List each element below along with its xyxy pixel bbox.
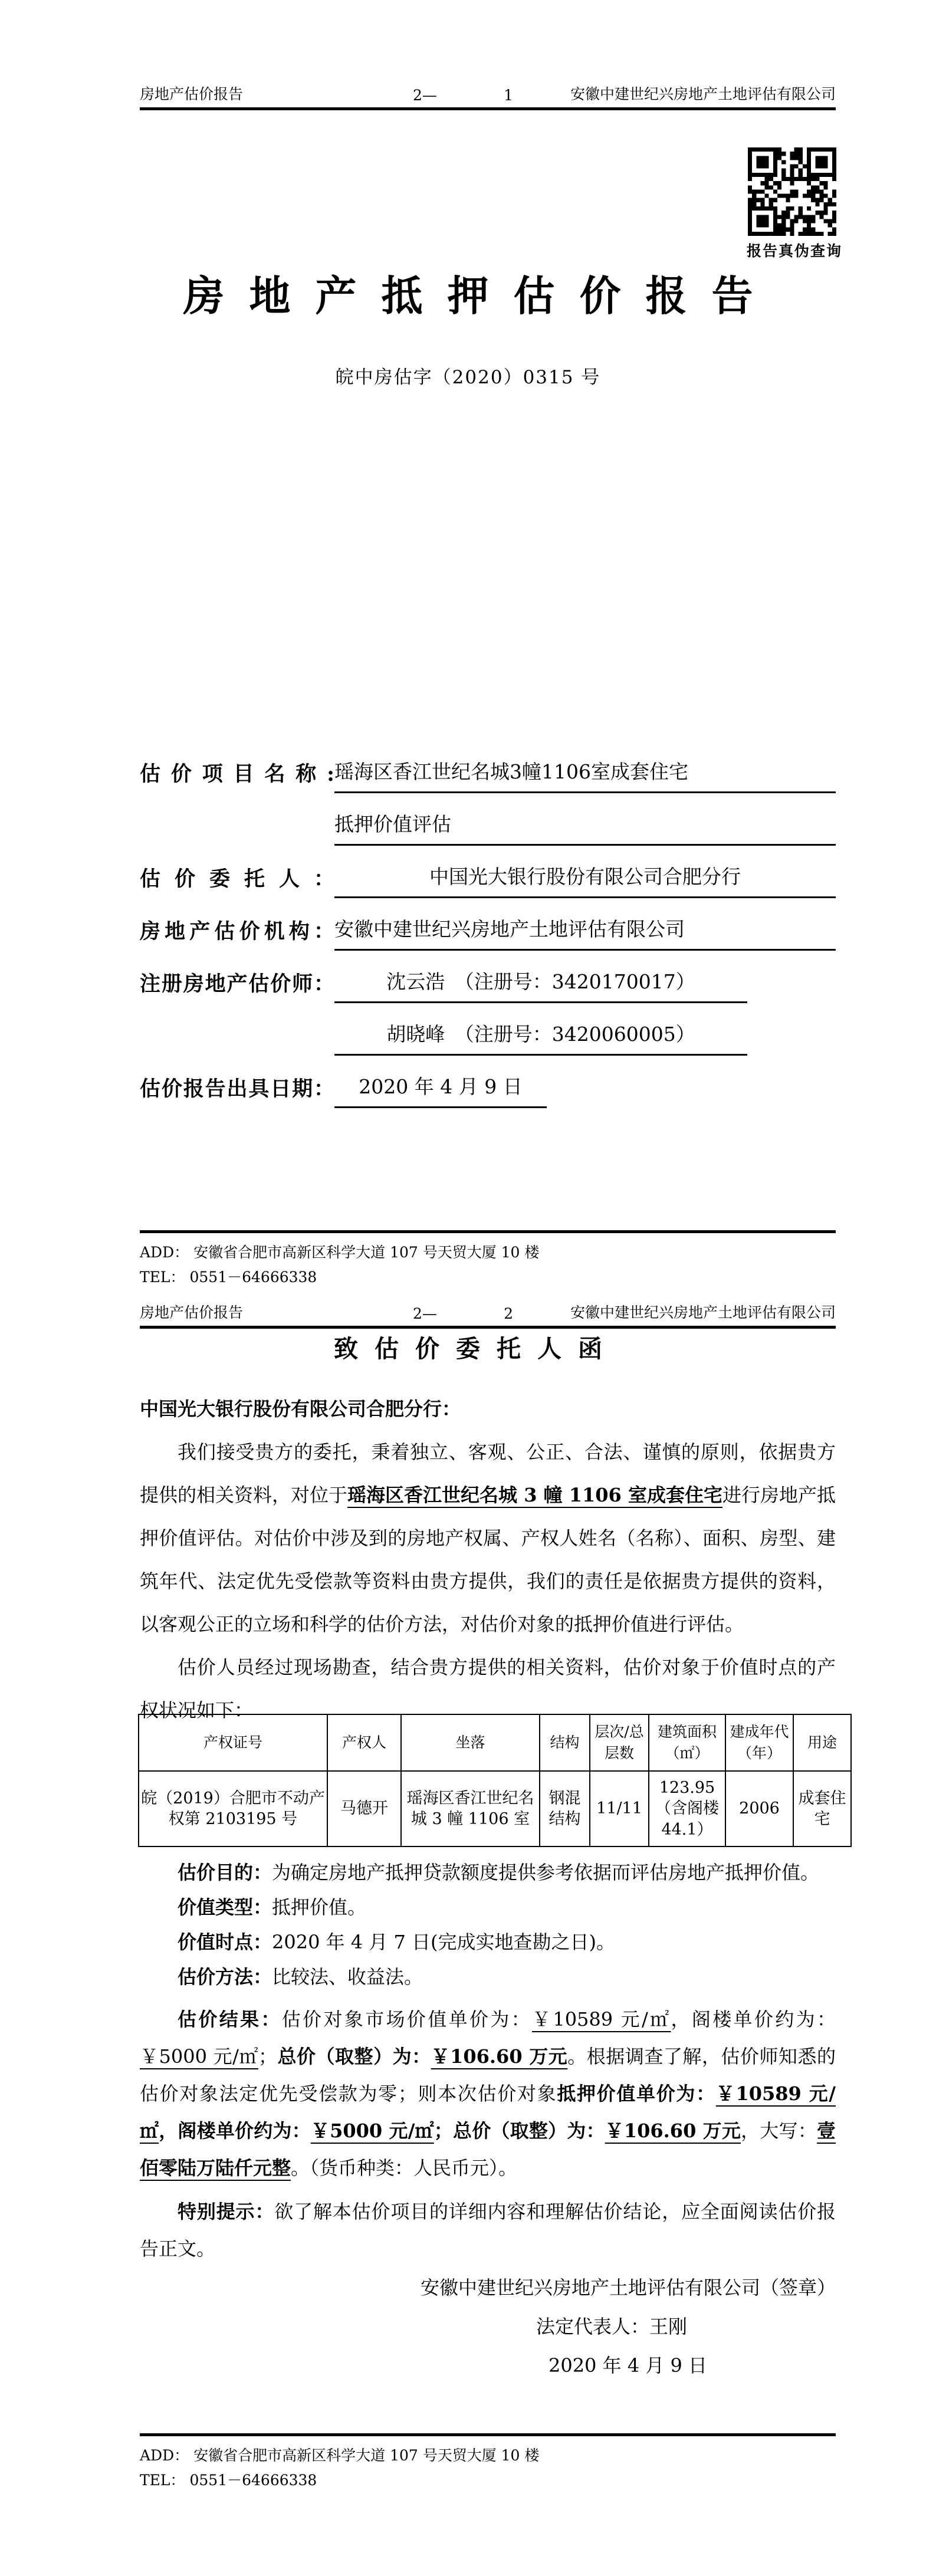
property-table: 产权证号 产权人 坐落 结构 层次/总层数 建筑面积（㎡） 建成年代（年） 用途…: [138, 1714, 852, 1847]
item-special-note: 特别提示：欲了解本估价项目的详细内容和理解估价结论，应全面阅读估价报告正文。: [140, 2193, 836, 2268]
signature-company: 安徽中建世纪兴房地产土地评估有限公司（签章）: [140, 2268, 836, 2307]
field-row-client: 估价委托人： 中国光大银行股份有限公司合肥分行: [140, 846, 836, 898]
table-header-cell: 结构: [540, 1714, 590, 1771]
item-result: 估价结果：估价对象市场价值单价为：￥10589 元/㎡，阁楼单价约为：￥5000…: [140, 2001, 836, 2187]
footer-address: ADD： 安徽省合肥市高新区科学大道 107 号天贸大厦 10 楼: [140, 1240, 836, 1265]
table-cell: 成套住宅: [793, 1771, 851, 1846]
item-value-date: 价值时点：2020 年 4 月 7 日(完成实地查勘之日)。: [140, 1925, 836, 1960]
header-page-number: 2: [504, 1305, 513, 1322]
field-label: 估价委托人：: [140, 863, 334, 898]
field-row-agency: 房地产估价机构： 安徽中建世纪兴房地产土地评估有限公司: [140, 898, 836, 951]
header-company-name: 安徽中建世纪兴房地产土地评估有限公司: [513, 83, 836, 104]
table-cell: 瑶海区香江世纪名城 3 幢 1106 室: [401, 1771, 540, 1846]
table-header-cell: 坐落: [401, 1714, 540, 1771]
field-row-project-name: 估价项目名称: 瑶海区香江世纪名城3幢1106室成套住宅: [140, 741, 836, 793]
appraisal-items: 估价目的：为确定房地产抵押贷款额度提供参考依据而评估房地产抵押价值。 价值类型：…: [140, 1855, 836, 2268]
header-page-number: 1: [504, 87, 513, 104]
signature-date: 2020 年 4 月 9 日: [140, 2346, 836, 2385]
cover-fields: 估价项目名称: 瑶海区香江世纪名城3幢1106室成套住宅 抵押价值评估 估价委托…: [140, 741, 836, 1108]
field-value: 胡晓峰 （注册号：3420060005）: [334, 1019, 747, 1056]
running-header: 房地产估价报告 2— 2 安徽中建世纪兴房地产土地评估有限公司: [140, 1301, 836, 1329]
header-page-indicator: 2— 2: [413, 1305, 513, 1322]
field-label-empty: [140, 1050, 334, 1056]
field-row-project-name-line2: 抵押价值评估: [140, 793, 836, 846]
table-cell: 钢混结构: [540, 1771, 590, 1846]
table-header-cell: 建成年代（年）: [725, 1714, 793, 1771]
item-purpose: 估价目的：为确定房地产抵押贷款额度提供参考依据而评估房地产抵押价值。: [140, 1855, 836, 1890]
field-label: 注册房地产估价师：: [140, 968, 334, 1003]
report-number: 皖中房估字（2020）0315 号: [0, 362, 936, 389]
field-value: 抵押价值评估: [334, 809, 836, 846]
footer-address: ADD： 安徽省合肥市高新区科学大道 107 号天贸大厦 10 楼: [140, 2443, 836, 2468]
signature-block: 安徽中建世纪兴房地产土地评估有限公司（签章） 法定代表人：王刚 2020 年 4…: [140, 2268, 836, 2385]
letter-body: 我们接受贵方的委托，秉着独立、客观、公正、合法、谨慎的原则，依据贵方提供的相关资…: [140, 1431, 836, 1732]
field-value: 2020 年 4 月 9 日: [334, 1072, 547, 1108]
header-company-name: 安徽中建世纪兴房地产土地评估有限公司: [513, 1301, 836, 1322]
footer-tel: TEL： 0551－64666338: [140, 1265, 836, 1288]
table-cell: 马德开: [327, 1771, 401, 1846]
page-footer: ADD： 安徽省合肥市高新区科学大道 107 号天贸大厦 10 楼 TEL： 0…: [140, 2433, 836, 2493]
footer-tel: TEL： 0551－64666338: [140, 2468, 836, 2493]
qr-label: 报告真伪查询: [747, 239, 838, 261]
running-header: 房地产估价报告 2— 1 安徽中建世纪兴房地产土地评估有限公司: [140, 83, 836, 110]
table-cell: 2006: [725, 1771, 793, 1846]
table-row: 皖（2019）合肥市不动产权第 2103195 号 马德开 瑶海区香江世纪名城 …: [139, 1771, 851, 1846]
header-doc-type: 房地产估价报告: [140, 1301, 413, 1322]
table-header-cell: 建筑面积（㎡）: [649, 1714, 725, 1771]
item-method: 估价方法：比较法、收益法。: [140, 1960, 836, 1995]
page-footer: ADD： 安徽省合肥市高新区科学大道 107 号天贸大厦 10 楼 TEL： 0…: [140, 1230, 836, 1288]
table-cell: 11/11: [590, 1771, 649, 1846]
table-header-cell: 用途: [793, 1714, 851, 1771]
letter-title: 致估价委托人函: [0, 1329, 936, 1364]
qr-verification-block: 报告真伪查询: [747, 147, 838, 261]
field-label: 房地产估价机构：: [140, 915, 334, 951]
table-header-row: 产权证号 产权人 坐落 结构 层次/总层数 建筑面积（㎡） 建成年代（年） 用途: [139, 1714, 851, 1771]
header-page-total: 2—: [413, 87, 437, 104]
report-cover-page: 房地产估价报告 2— 1 安徽中建世纪兴房地产土地评估有限公司 报告真伪查询 房…: [0, 0, 936, 1288]
field-label: 估价报告出具日期：: [140, 1073, 334, 1108]
header-page-total: 2—: [413, 1305, 437, 1322]
header-doc-type: 房地产估价报告: [140, 83, 413, 104]
table-header-cell: 层次/总层数: [590, 1714, 649, 1771]
field-value: 沈云浩 （注册号：3420170017）: [334, 967, 747, 1003]
item-value-type: 价值类型：抵押价值。: [140, 1890, 836, 1925]
field-value: 安徽中建世纪兴房地产土地评估有限公司: [334, 914, 836, 951]
field-label: 估价项目名称:: [140, 758, 334, 793]
field-row-appraiser-2: 胡晓峰 （注册号：3420060005）: [140, 1003, 836, 1056]
table-header-cell: 产权证号: [139, 1714, 327, 1771]
report-title: 房地产抵押估价报告: [0, 263, 936, 323]
qr-code: [747, 147, 838, 236]
field-row-issue-date: 估价报告出具日期： 2020 年 4 月 9 日: [140, 1056, 836, 1108]
table-cell: 123.95（含阁楼 44.1）: [649, 1771, 725, 1846]
signature-legal-rep: 法定代表人：王刚: [140, 2307, 836, 2346]
field-value: 瑶海区香江世纪名城3幢1106室成套住宅: [334, 757, 836, 793]
letter-page: 房地产估价报告 2— 2 安徽中建世纪兴房地产土地评估有限公司 致估价委托人函 …: [0, 1288, 936, 2576]
table-cell: 皖（2019）合肥市不动产权第 2103195 号: [139, 1771, 327, 1846]
field-row-appraiser-1: 注册房地产估价师： 沈云浩 （注册号：3420170017）: [140, 951, 836, 1003]
table-header-cell: 产权人: [327, 1714, 401, 1771]
letter-paragraph-1: 我们接受贵方的委托，秉着独立、客观、公正、合法、谨慎的原则，依据贵方提供的相关资…: [140, 1431, 836, 1646]
field-label-empty: [140, 840, 334, 846]
field-value: 中国光大银行股份有限公司合肥分行: [334, 862, 836, 898]
letter-salutation: 中国光大银行股份有限公司合肥分行：: [140, 1394, 836, 1421]
header-page-indicator: 2— 1: [413, 87, 513, 104]
